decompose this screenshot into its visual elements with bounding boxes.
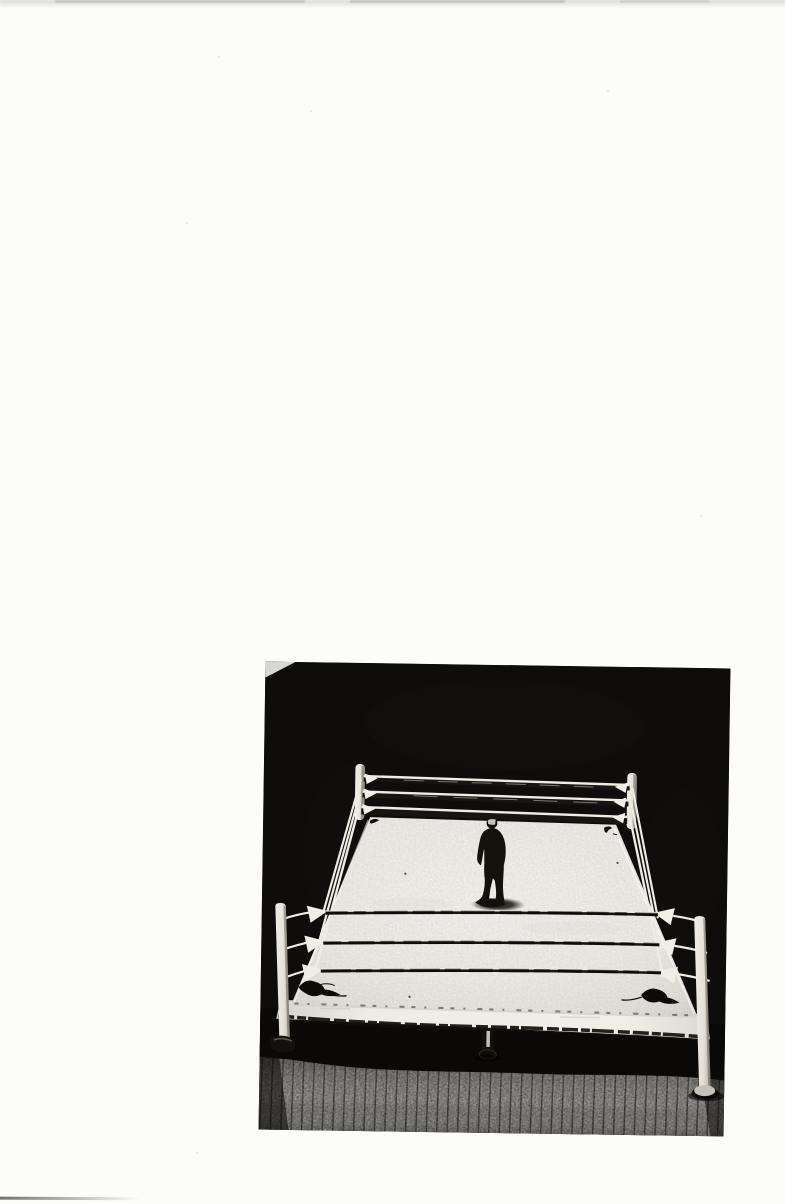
scan-artifact-top-smudge [620,0,710,3]
page: { "page": { "kind": "scanned manga page"… [0,0,785,1204]
scan-artifact-top-smudge [350,0,565,3]
dust-speck [700,515,702,517]
dust-speck [310,110,312,112]
dust-speck [186,222,188,224]
boxing-ring-illustration: Lone figure standing in the middle of an… [259,662,731,1137]
manga-page: Lone figure standing in the middle of an… [0,0,785,1204]
scan-artifact-bottom-left-line [0,1197,140,1200]
scan-artifact-top-smudge [55,0,305,3]
dust-speck [607,90,609,92]
manga-panel-boxing-ring: Lone figure standing in the middle of an… [259,662,731,1137]
figure-face-highlight [488,819,496,825]
dust-speck [218,56,220,58]
dust-speck [196,1152,198,1154]
